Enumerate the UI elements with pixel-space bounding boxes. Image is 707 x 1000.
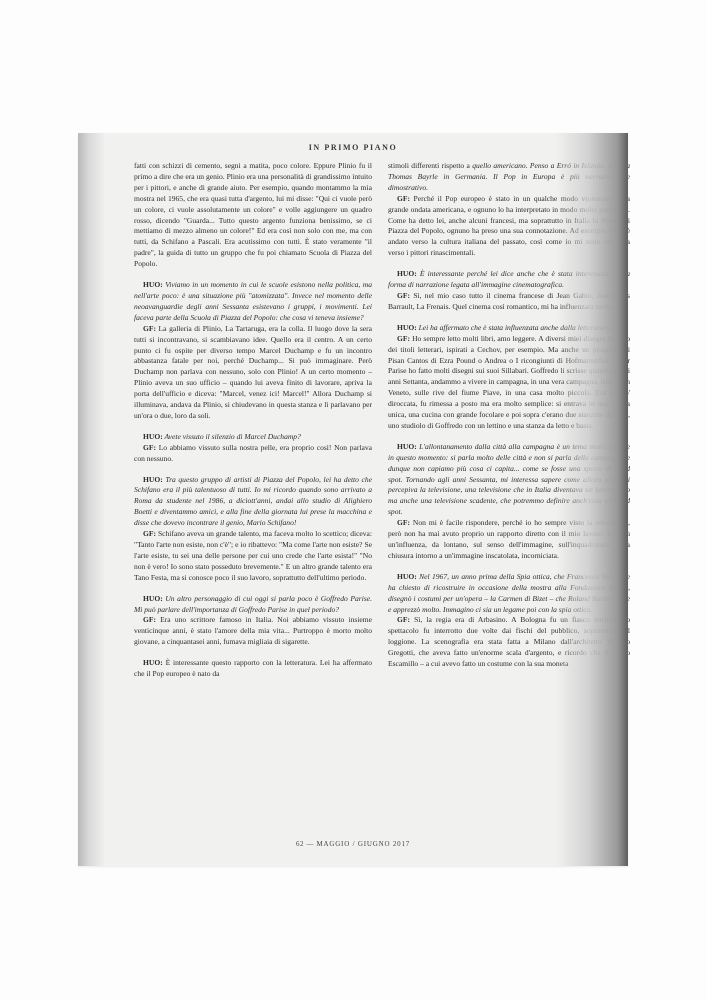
speaker-label: GF: <box>143 615 156 624</box>
page-number: 62 <box>296 840 304 848</box>
answer-paragraph: GF: Perché il Pop europeo è stato in un … <box>388 194 630 259</box>
speaker-label: GF: <box>143 529 156 538</box>
question-paragraph: HUO: Un altro personaggio di cui oggi si… <box>134 594 372 616</box>
answer-paragraph: GF: Non mi è facile rispondere, perché i… <box>388 518 630 562</box>
answer-paragraph: GF: Sì, la regia era di Arbasino. A Bolo… <box>388 615 630 670</box>
speaker-label: HUO: <box>143 475 163 484</box>
answer-paragraph: GF: Lo abbiamo vissuto sulla nostra pell… <box>134 443 372 465</box>
paragraph: stimoli differenti rispetto a quello ame… <box>388 161 630 194</box>
answer-paragraph: GF: Sì, nel mio caso tutto il cinema fra… <box>388 291 630 313</box>
issue-date: MAGGIO / GIUGNO 2017 <box>316 840 410 848</box>
question-paragraph: HUO: È interessante perché lei dice anch… <box>388 269 630 291</box>
speaker-label: GF: <box>397 291 410 300</box>
answer-paragraph: GF: La galleria di Plinio, La Tartaruga,… <box>134 324 372 422</box>
speaker-label: HUO: <box>397 323 417 332</box>
speaker-label: HUO: <box>143 280 163 289</box>
answer-paragraph: GF: Ho sempre letto molti libri, amo leg… <box>388 334 630 432</box>
speaker-label: HUO: <box>143 594 163 603</box>
speaker-label: GF: <box>397 334 410 343</box>
left-column: fatti con schizzi di cemento, segni a ma… <box>134 161 372 680</box>
speaker-label: HUO: <box>397 269 417 278</box>
speaker-label: HUO: <box>397 572 417 581</box>
paragraph: fatti con schizzi di cemento, segni a ma… <box>134 161 372 270</box>
speaker-label: GF: <box>397 518 410 527</box>
speaker-label: GF: <box>397 194 410 203</box>
answer-paragraph: GF: Era uno scrittore famoso in Italia. … <box>134 615 372 648</box>
question-paragraph: HUO: Tra questo gruppo di artisti di Pia… <box>134 475 372 530</box>
speaker-label: HUO: <box>143 658 163 667</box>
question-paragraph: HUO: È interessante questo rapporto con … <box>134 658 372 680</box>
answer-paragraph: GF: Schifano aveva un grande talento, ma… <box>134 529 372 584</box>
speaker-label: HUO: <box>143 432 163 441</box>
question-paragraph: HUO: Avete vissuto il silenzio di Marcel… <box>134 432 372 443</box>
question-paragraph: HUO: Nel 1967, un anno prima della Spia … <box>388 572 630 616</box>
question-paragraph: HUO: Viviamo in un momento in cui le scu… <box>134 280 372 324</box>
right-column: stimoli differenti rispetto a quello ame… <box>388 161 630 670</box>
question-paragraph: HUO: Lei ha affermato che è stata influe… <box>388 323 630 334</box>
page-folio: 62 — MAGGIO / GIUGNO 2017 <box>78 840 628 848</box>
speaker-label: GF: <box>143 443 156 452</box>
running-head: IN PRIMO PIANO <box>78 143 628 152</box>
speaker-label: GF: <box>397 615 410 624</box>
speaker-label: HUO: <box>397 442 417 451</box>
speaker-label: GF: <box>143 324 156 333</box>
magazine-page: IN PRIMO PIANO fatti con schizzi di ceme… <box>78 133 628 866</box>
question-paragraph: HUO: L'allontanamento dalla città alla c… <box>388 442 630 518</box>
